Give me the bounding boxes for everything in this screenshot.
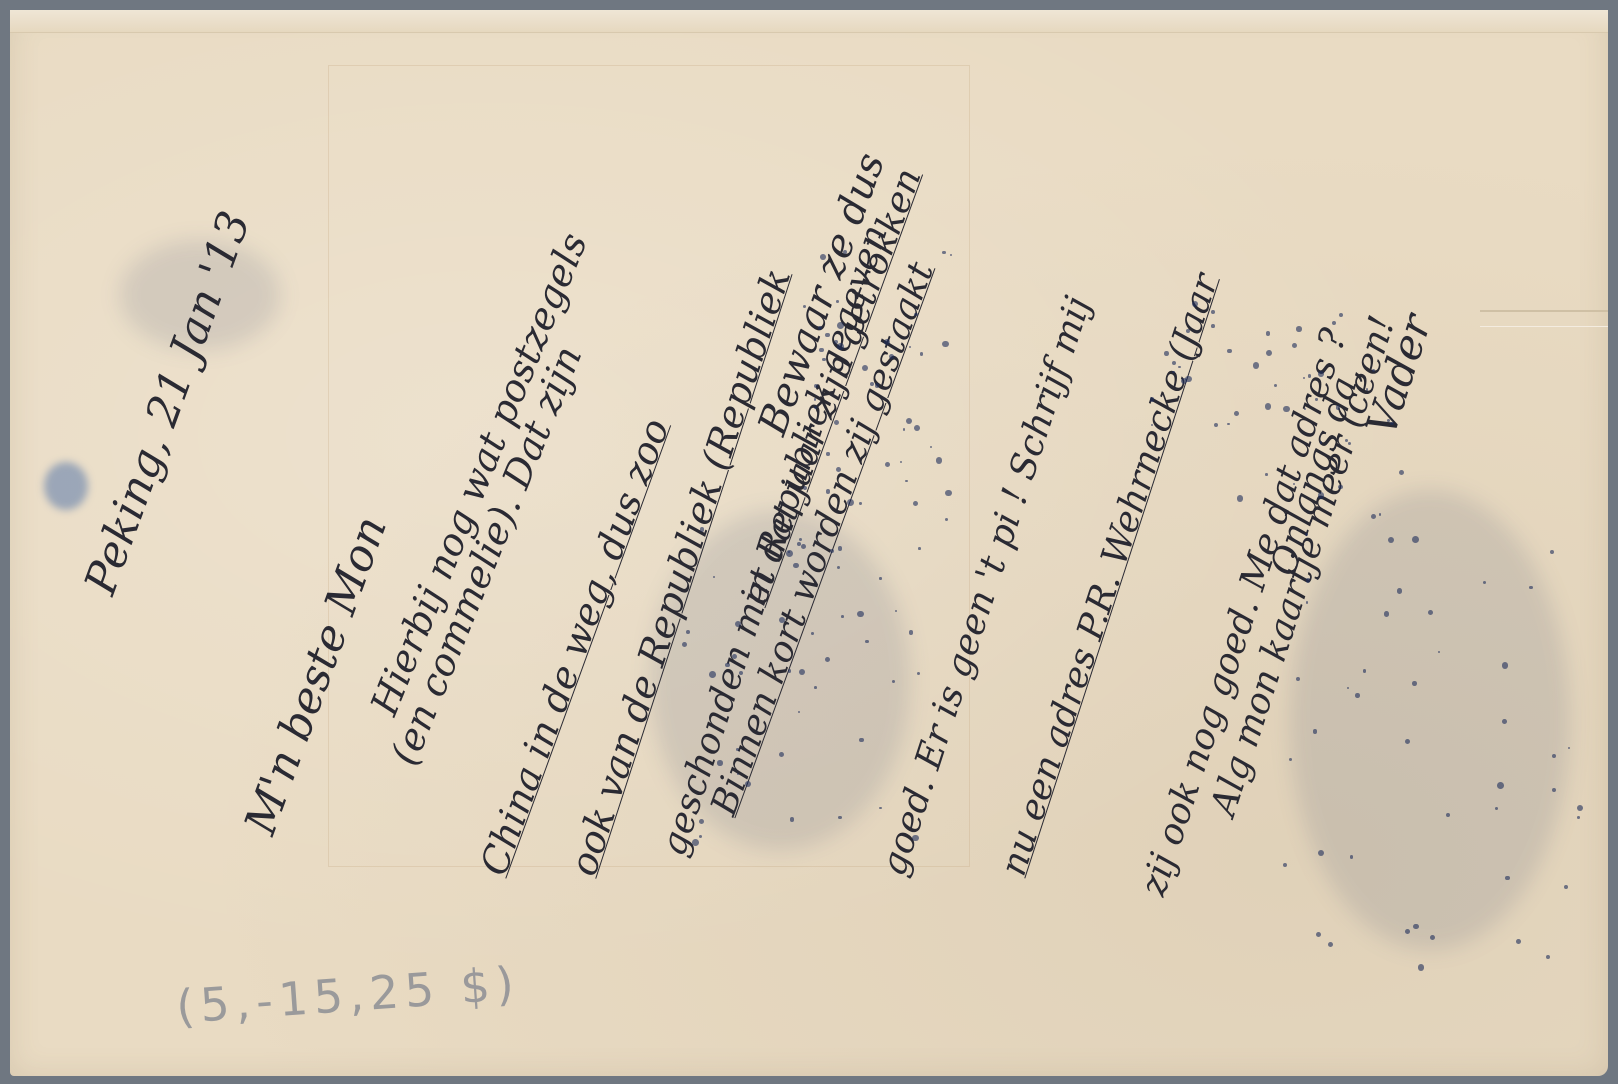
ink-speck xyxy=(1348,442,1351,445)
ink-speck xyxy=(889,354,894,359)
ink-speck xyxy=(700,527,705,532)
ink-speck xyxy=(1412,681,1417,686)
ink-speck xyxy=(801,544,806,549)
ink-speck xyxy=(1296,326,1302,332)
ink-speck xyxy=(1318,492,1324,498)
ink-speck xyxy=(1355,693,1360,698)
ink-speck xyxy=(1405,929,1410,934)
ink-speck xyxy=(1338,485,1342,489)
ink-speck xyxy=(699,819,704,824)
ink-speck xyxy=(836,300,839,303)
ink-speck xyxy=(735,621,741,627)
ink-speck xyxy=(1552,788,1556,792)
ink-speck xyxy=(1328,942,1333,947)
ink-speck xyxy=(942,251,946,255)
ink-speck xyxy=(709,671,716,678)
ink-speck xyxy=(1186,329,1190,333)
ink-speck xyxy=(1283,406,1290,413)
ink-speck xyxy=(905,480,907,482)
ink-speck xyxy=(793,563,799,569)
ink-speck xyxy=(1412,536,1419,543)
ink-speck xyxy=(834,420,839,425)
ink-speck xyxy=(692,839,699,846)
ink-speck xyxy=(1185,376,1192,383)
ink-speck xyxy=(1418,964,1424,970)
ink-speck xyxy=(847,499,854,506)
ink-speck xyxy=(1505,876,1510,881)
ink-speck xyxy=(1552,754,1556,758)
ink-speck xyxy=(837,322,844,329)
ink-speck xyxy=(1413,924,1419,930)
ink-speck xyxy=(1289,758,1292,761)
ink-speck xyxy=(1293,483,1295,485)
ink-speck xyxy=(838,816,841,819)
ink-speck xyxy=(914,425,920,431)
ink-speck xyxy=(862,365,868,371)
ink-speck xyxy=(745,781,751,787)
ink-speck xyxy=(945,490,952,497)
ink-speck xyxy=(1502,662,1509,669)
ink-speck xyxy=(814,406,817,409)
ink-speck xyxy=(1384,611,1390,617)
ink-speck xyxy=(1266,331,1270,335)
ink-speck xyxy=(1306,578,1310,582)
ink-speck xyxy=(1178,366,1181,369)
ink-speck xyxy=(857,611,864,618)
ink-speck xyxy=(1546,955,1550,959)
ink-speck xyxy=(914,313,918,317)
ink-speck xyxy=(1313,729,1317,733)
ink-speck xyxy=(1308,374,1311,377)
ink-speck xyxy=(906,418,912,424)
ink-speck xyxy=(838,546,842,550)
ink-speck xyxy=(1516,939,1521,944)
ink-speck xyxy=(822,358,825,361)
ink-speck xyxy=(686,630,690,634)
ink-speck xyxy=(1150,397,1154,401)
ink-smudge xyxy=(1290,490,1570,950)
ink-speck xyxy=(825,333,829,337)
ink-speck xyxy=(1305,533,1308,536)
ink-speck xyxy=(779,617,785,623)
ink-speck xyxy=(1164,351,1168,355)
ink-speck xyxy=(1211,324,1215,328)
ink-speck xyxy=(826,452,829,455)
ink-speck xyxy=(917,672,920,675)
ink-speck xyxy=(1192,301,1198,307)
blue-ink-blot xyxy=(44,462,88,510)
ink-speck xyxy=(1172,371,1174,373)
ink-speck xyxy=(909,346,911,348)
ink-speck xyxy=(884,339,890,345)
ink-speck xyxy=(799,538,802,541)
ink-speck xyxy=(1265,473,1268,476)
ink-speck xyxy=(903,428,905,430)
ink-speck xyxy=(836,467,841,472)
ink-speck xyxy=(1483,581,1486,584)
ink-speck xyxy=(1345,439,1348,442)
ink-speck xyxy=(1529,586,1533,590)
ink-speck xyxy=(682,642,687,647)
ink-speck xyxy=(1387,419,1390,422)
ink-speck xyxy=(1253,362,1259,368)
ink-speck xyxy=(1397,588,1402,593)
ink-speck xyxy=(717,760,722,765)
paper-crease xyxy=(1480,310,1608,327)
ink-speck xyxy=(1227,349,1232,354)
ink-speck xyxy=(875,383,880,388)
ink-speck xyxy=(936,457,942,463)
ink-speck xyxy=(918,547,921,550)
ink-speck xyxy=(820,254,826,260)
ink-speck xyxy=(803,486,807,490)
ink-speck xyxy=(1237,495,1243,501)
ink-speck xyxy=(843,250,847,254)
ink-speck xyxy=(826,489,831,494)
ink-speck xyxy=(1577,816,1580,819)
ink-speck xyxy=(779,752,784,757)
ink-speck xyxy=(814,384,818,388)
card-top-edge xyxy=(10,10,1608,33)
ink-speck xyxy=(1502,719,1507,724)
ink-speck xyxy=(814,398,816,400)
ink-speck xyxy=(713,576,715,578)
ink-speck xyxy=(1315,398,1317,400)
ink-speck xyxy=(879,577,881,579)
ink-speck xyxy=(790,817,795,822)
ink-speck xyxy=(1318,371,1324,377)
ink-speck xyxy=(819,348,824,353)
ink-speck xyxy=(1283,863,1287,867)
ink-speck xyxy=(1234,411,1239,416)
ink-speck xyxy=(1350,855,1354,859)
ink-speck xyxy=(859,502,861,504)
ink-speck xyxy=(1211,310,1215,314)
